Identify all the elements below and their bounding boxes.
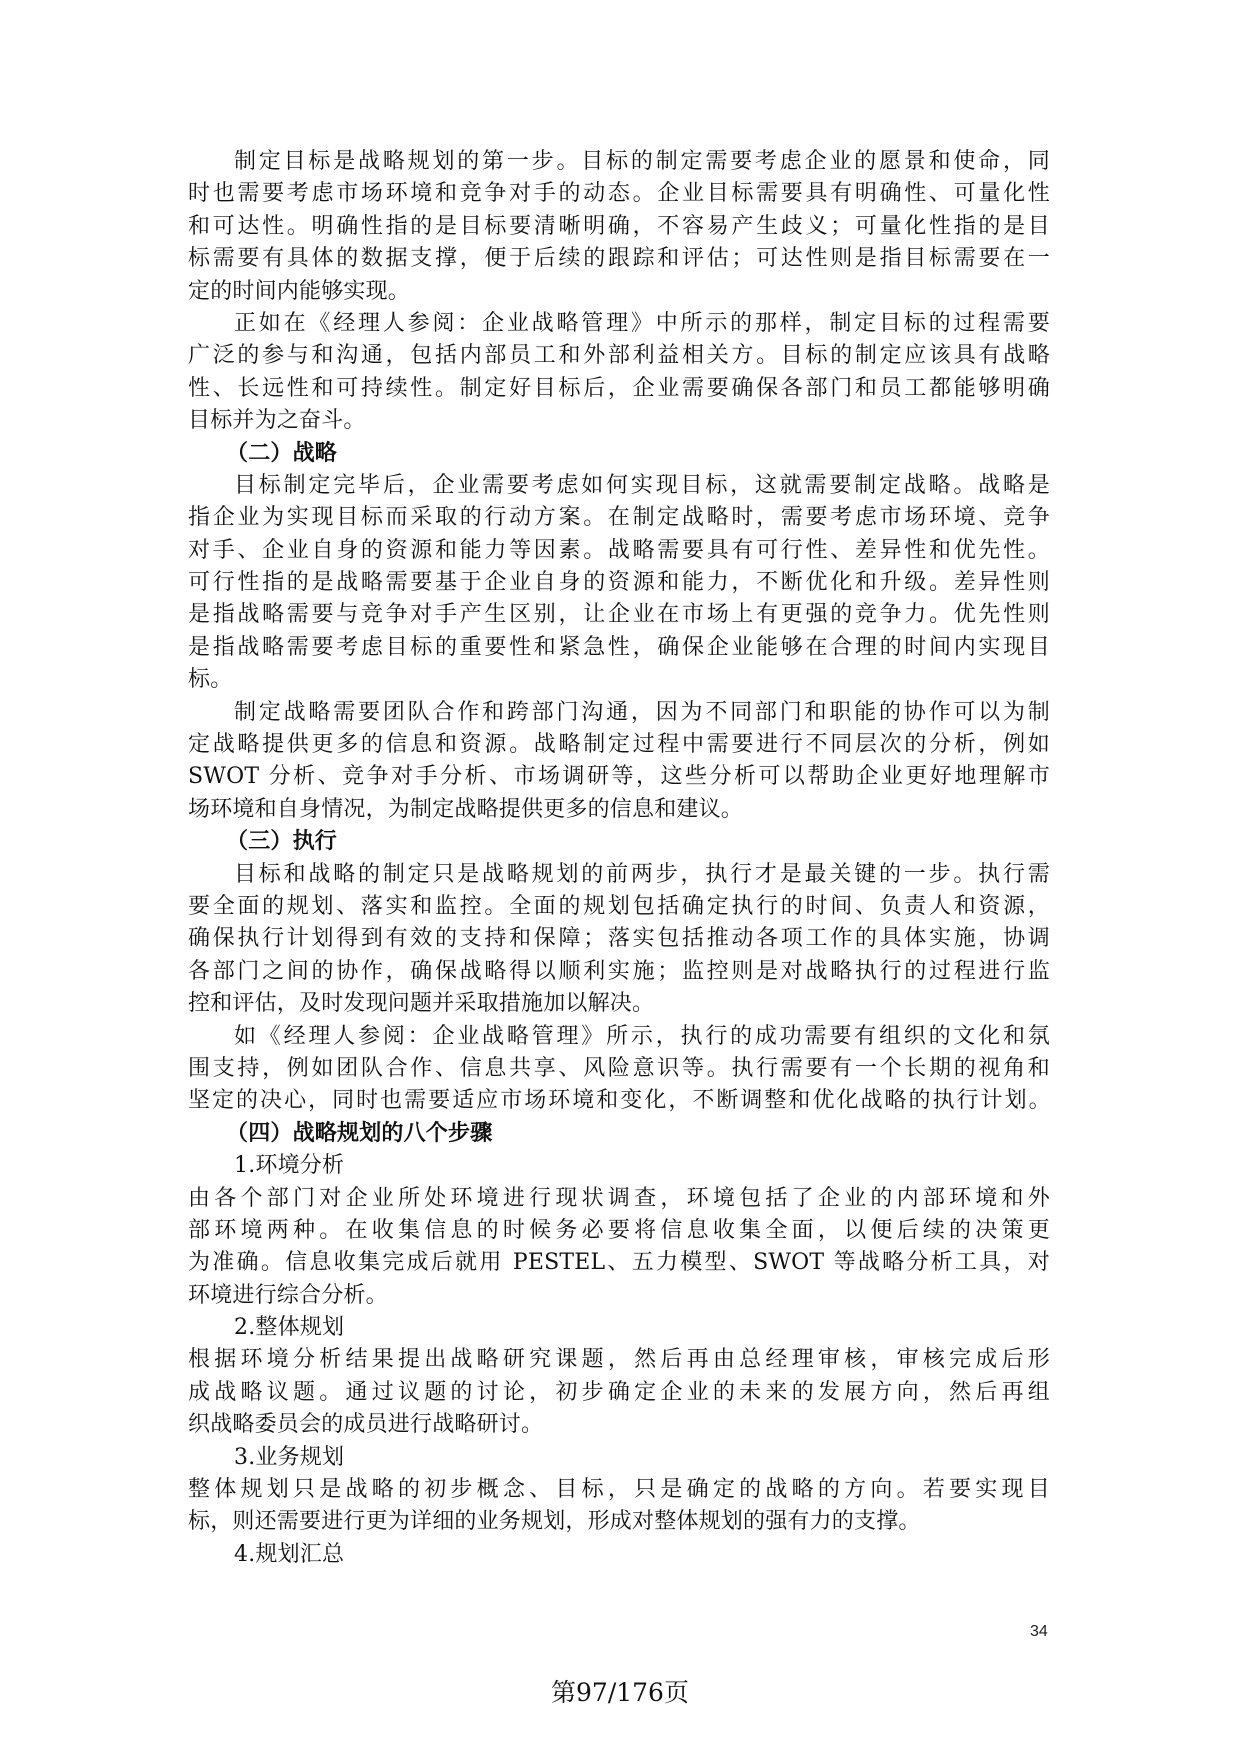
text-line: 为准确。信息收集完成后就用 PESTEL、五力模型、SWOT 等战略分析工具，对 (188, 1247, 1050, 1279)
text-line: 和可达性。明确性指的是目标要清晰明确，不容易产生歧义；可量化性指的是目 (188, 211, 1050, 243)
paragraph-goal-process: 正如在《经理人参阅：企业战略管理》中所示的那样，制定目标的过程需要 广泛的参与和… (188, 308, 1050, 438)
step-title-environment-analysis: 1.环境分析 (188, 1150, 1050, 1182)
step-title-overall-planning: 2.整体规划 (188, 1312, 1050, 1344)
text-line: 确保执行计划得到有效的支持和保障；落实包括推动各项工作的具体实施，协调 (188, 923, 1050, 955)
text-line: 坚定的决心，同时也需要适应市场环境和变化，不断调整和优化战略的执行计划。 (188, 1085, 1050, 1117)
text-line: SWOT 分析、竞争对手分析、市场调研等，这些分析可以帮助企业更好地理解市 (188, 761, 1050, 793)
text-line: 标。 (188, 664, 1050, 696)
paragraph-business-planning: 整体规划只是战略的初步概念、目标，只是确定的战略的方向。若要实现目 标，则还需要… (188, 1474, 1050, 1539)
text-line: 对手、企业自身的资源和能力等因素。战略需要具有可行性、差异性和优先性。 (188, 535, 1050, 567)
text-line: 广泛的参与和沟通，包括内部员工和外部利益相关方。目标的制定应该具有战略 (188, 340, 1050, 372)
text-line: 整体规划只是战略的初步概念、目标，只是确定的战略的方向。若要实现目 (188, 1474, 1050, 1506)
section-heading-execution: （三）执行 (188, 826, 1050, 858)
paragraph-strategy-definition: 目标制定完毕后，企业需要考虑如何实现目标，这就需要制定战略。战略是 指企业为实现… (188, 470, 1050, 697)
text-line: 定战略提供更多的信息和资源。战略制定过程中需要进行不同层次的分析，例如 (188, 729, 1050, 761)
section-heading-eight-steps: （四）战略规划的八个步骤 (188, 1118, 1050, 1150)
text-line: 时也需要考虑市场环境和竞争对手的动态。企业目标需要具有明确性、可量化性 (188, 178, 1050, 210)
text-line: 根据环境分析结果提出战略研究课题，然后再由总经理审核，审核完成后形 (188, 1344, 1050, 1376)
paragraph-execution-definition: 目标和战略的制定只是战略规划的前两步，执行才是最关键的一步。执行需 要全面的规划… (188, 859, 1050, 1021)
text-line: 目标并为之奋斗。 (188, 405, 1050, 437)
text-line: 如《经理人参阅：企业战略管理》所示，执行的成功需要有组织的文化和氛 (188, 1021, 1050, 1053)
text-line: 目标制定完毕后，企业需要考虑如何实现目标，这就需要制定战略。战略是 (188, 470, 1050, 502)
text-line: 成战略议题。通过议题的讨论，初步确定企业的未来的发展方向，然后再组 (188, 1377, 1050, 1409)
paragraph-strategy-teamwork: 制定战略需要团队合作和跨部门沟通，因为不同部门和职能的协作可以为制 定战略提供更… (188, 697, 1050, 827)
text-line: 是指战略需要考虑目标的重要性和紧急性，确保企业能够在合理的时间内实现目 (188, 632, 1050, 664)
text-line: 部环境两种。在收集信息的时候务必要将信息收集全面，以便后续的决策更 (188, 1215, 1050, 1247)
text-line: 定的时间内能够实现。 (188, 276, 1050, 308)
text-line: 性、长远性和可持续性。制定好目标后，企业需要确保各部门和员工都能够明确 (188, 373, 1050, 405)
text-line: 标需要有具体的数据支撑，便于后续的跟踪和评估；可达性则是指目标需要在一 (188, 243, 1050, 275)
document-body: 制定目标是战略规划的第一步。目标的制定需要考虑企业的愿景和使命，同 时也需要考虑… (188, 146, 1050, 1571)
text-line: 标，则还需要进行更为详细的业务规划，形成对整体规划的强有力的支撑。 (188, 1506, 1050, 1538)
text-line: 各部门之间的协作，确保战略得以顺利实施；监控则是对战略执行的过程进行监 (188, 956, 1050, 988)
text-line: 环境进行综合分析。 (188, 1280, 1050, 1312)
section-heading-strategy: （二）战略 (188, 438, 1050, 470)
text-line: 控和评估，及时发现问题并采取措施加以解决。 (188, 988, 1050, 1020)
text-line: 由各个部门对企业所处环境进行现状调查，环境包括了企业的内部环境和外 (188, 1183, 1050, 1215)
text-line: 可行性指的是战略需要基于企业自身的资源和能力，不断优化和升级。差异性则 (188, 567, 1050, 599)
page-number: 34 (1030, 1623, 1048, 1641)
paragraph-goal-setting: 制定目标是战略规划的第一步。目标的制定需要考虑企业的愿景和使命，同 时也需要考虑… (188, 146, 1050, 308)
page-counter: 第97/176页 (0, 1673, 1240, 1709)
text-line: 制定目标是战略规划的第一步。目标的制定需要考虑企业的愿景和使命，同 (188, 146, 1050, 178)
text-line: 正如在《经理人参阅：企业战略管理》中所示的那样，制定目标的过程需要 (188, 308, 1050, 340)
step-title-planning-summary: 4.规划汇总 (188, 1539, 1050, 1571)
text-line: 指企业为实现目标而采取的行动方案。在制定战略时，需要考虑市场环境、竞争 (188, 502, 1050, 534)
text-line: 要全面的规划、落实和监控。全面的规划包括确定执行的时间、负责人和资源， (188, 891, 1050, 923)
step-title-business-planning: 3.业务规划 (188, 1442, 1050, 1474)
text-line: 制定战略需要团队合作和跨部门沟通，因为不同部门和职能的协作可以为制 (188, 697, 1050, 729)
paragraph-overall-planning: 根据环境分析结果提出战略研究课题，然后再由总经理审核，审核完成后形 成战略议题。… (188, 1344, 1050, 1441)
text-line: 是指战略需要与竞争对手产生区别，让企业在市场上有更强的竞争力。优先性则 (188, 599, 1050, 631)
text-line: 场环境和自身情况，为制定战略提供更多的信息和建议。 (188, 794, 1050, 826)
text-line: 围支持，例如团队合作、信息共享、风险意识等。执行需要有一个长期的视角和 (188, 1053, 1050, 1085)
paragraph-execution-culture: 如《经理人参阅：企业战略管理》所示，执行的成功需要有组织的文化和氛 围支持，例如… (188, 1021, 1050, 1118)
paragraph-environment-analysis: 由各个部门对企业所处环境进行现状调查，环境包括了企业的内部环境和外 部环境两种。… (188, 1183, 1050, 1313)
text-line: 织战略委员会的成员进行战略研讨。 (188, 1409, 1050, 1441)
text-line: 目标和战略的制定只是战略规划的前两步，执行才是最关键的一步。执行需 (188, 859, 1050, 891)
